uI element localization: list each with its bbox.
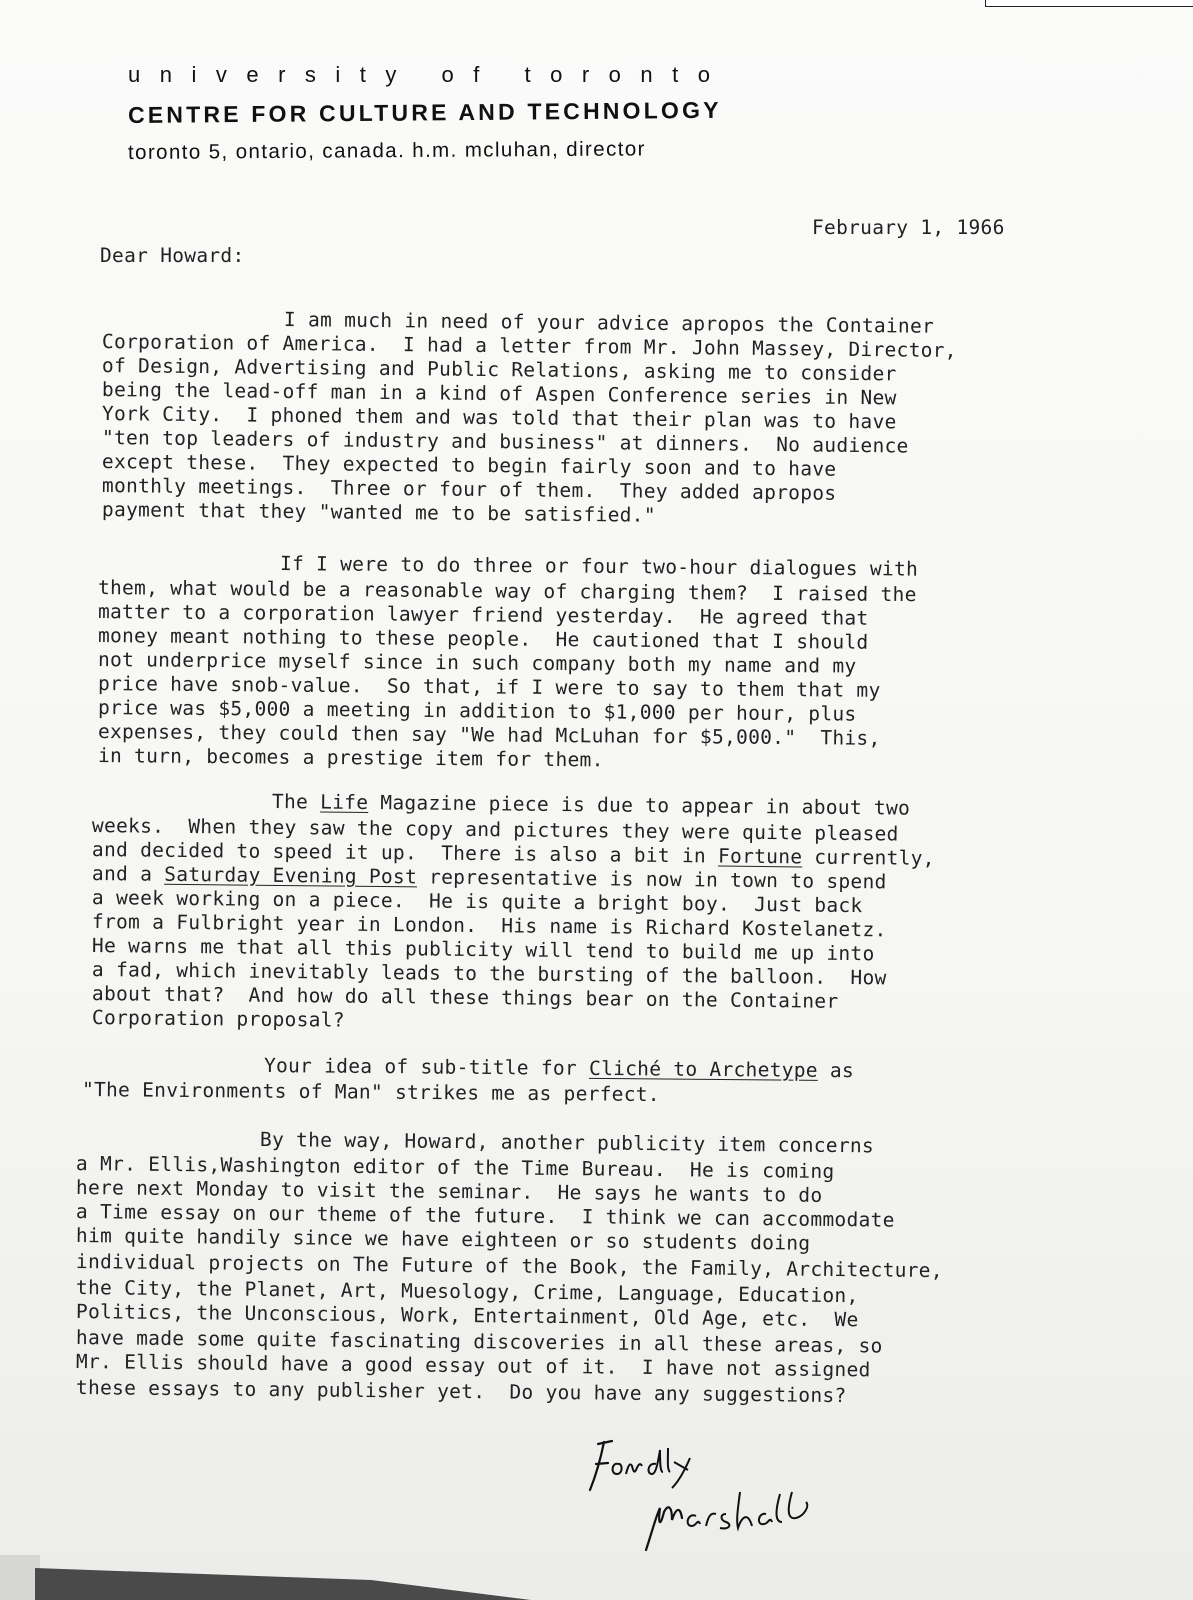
letter-date: February 1, 1966 bbox=[812, 216, 1005, 239]
letterhead-centre: CENTRE FOR CULTURE AND TECHNOLOGY bbox=[128, 97, 730, 129]
page-fold-shadow bbox=[35, 1568, 595, 1600]
typed-line: payment that they "wanted me to be satis… bbox=[102, 498, 656, 527]
underlined-title: Fortune bbox=[718, 845, 803, 869]
typed-line: Corporation proposal? bbox=[92, 1006, 345, 1032]
letterhead-address: toronto 5, ontario, canada. h.m. mcluhan… bbox=[128, 137, 730, 165]
corner-frame bbox=[985, 0, 1193, 7]
typed-line: these essays to any publisher yet. Do yo… bbox=[76, 1376, 847, 1407]
typed-line: The Life Magazine piece is due to appear… bbox=[272, 790, 910, 820]
underlined-title: Life bbox=[320, 791, 368, 815]
typed-line: If I were to do three or four two-hour d… bbox=[280, 552, 918, 581]
typed-line: Your idea of sub-title for Cliché to Arc… bbox=[264, 1054, 854, 1082]
page-edge-shadow bbox=[0, 1555, 40, 1600]
typed-line: By the way, Howard, another publicity it… bbox=[260, 1128, 874, 1157]
typed-line: in turn, becomes a prestige item for the… bbox=[98, 744, 604, 771]
letter-page: university of toronto CENTRE FOR CULTURE… bbox=[0, 0, 1193, 1600]
handwritten-signature-icon bbox=[560, 1432, 900, 1572]
salutation: Dear Howard: bbox=[100, 244, 244, 267]
underlined-title: Cliché to Archetype bbox=[589, 1057, 818, 1082]
letterhead-university: university of toronto bbox=[128, 62, 729, 88]
signature-block bbox=[560, 1432, 900, 1577]
underlined-title: Saturday Evening Post bbox=[164, 863, 417, 889]
typed-line: "The Environments of Man" strikes me as … bbox=[82, 1078, 660, 1106]
letterhead: university of toronto CENTRE FOR CULTURE… bbox=[128, 62, 729, 165]
